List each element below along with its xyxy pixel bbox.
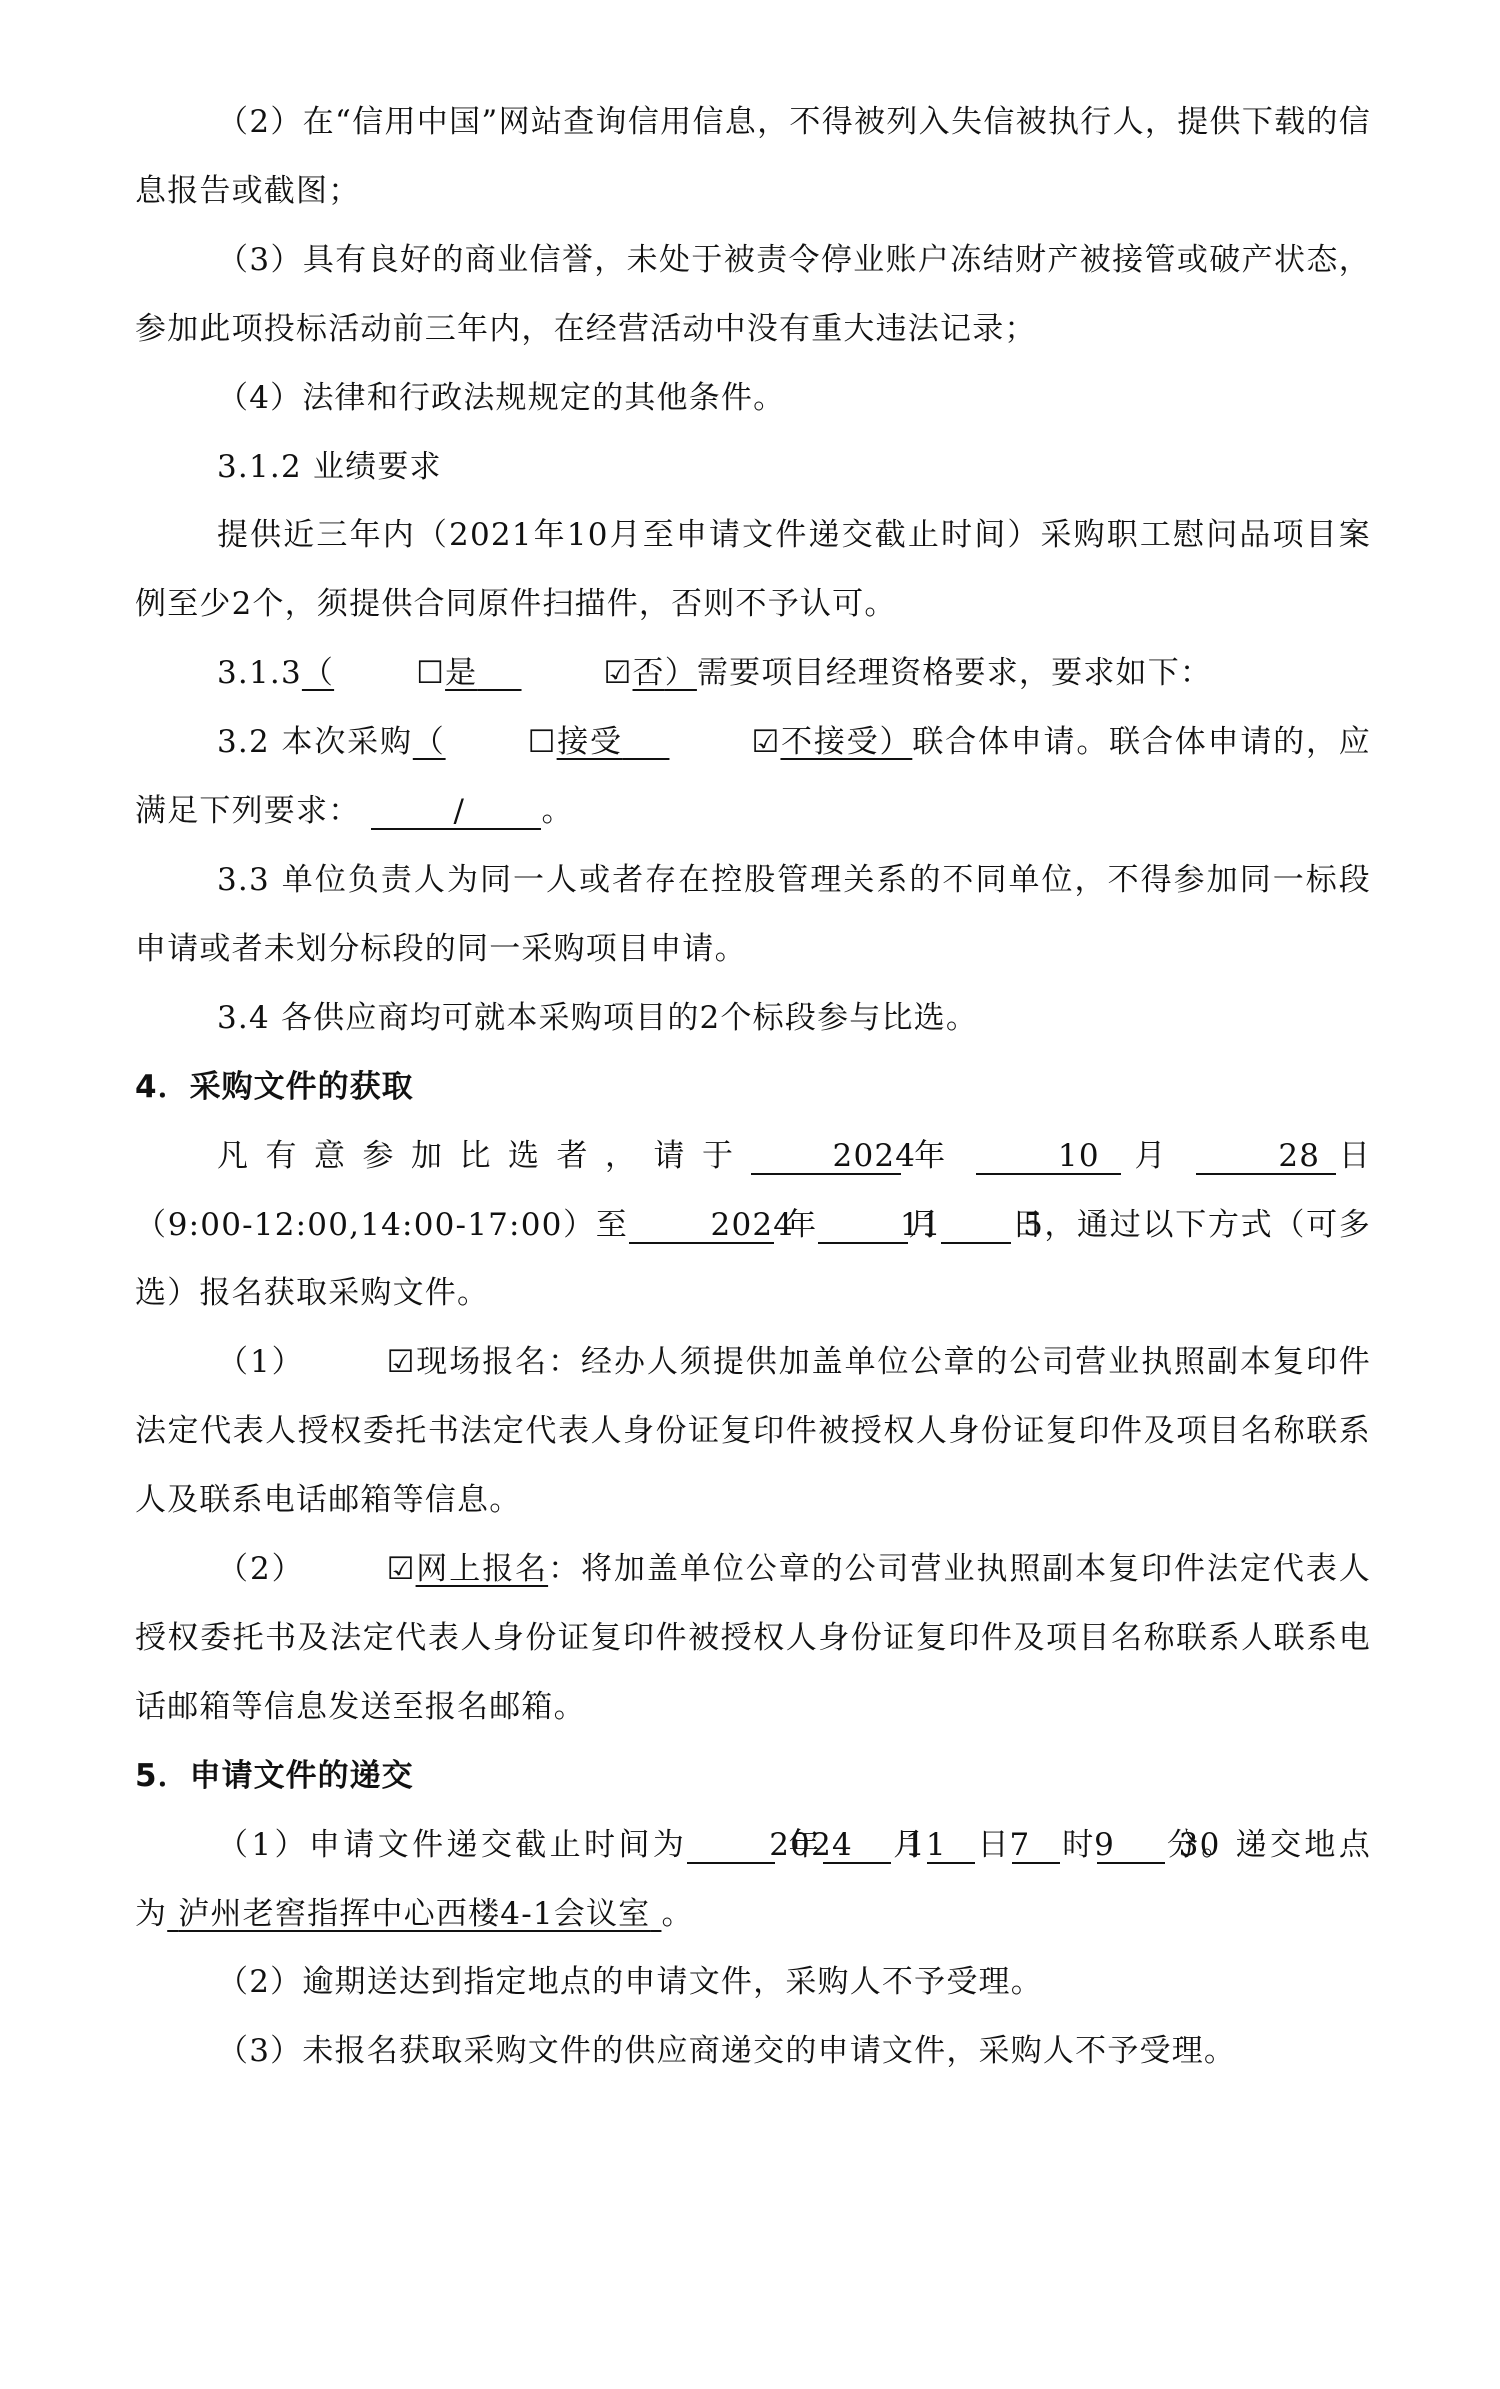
checkbox-unchecked-icon[interactable]: ☐	[334, 639, 445, 708]
unit-month: 月	[891, 1827, 928, 1863]
checkbox-checked-icon[interactable]: ☑	[522, 639, 633, 708]
performance-heading: 3.1.2 业绩要求	[135, 433, 1371, 502]
unit-month: 月	[908, 1207, 941, 1243]
checkbox-checked-bold-icon[interactable]: ☑	[305, 1535, 416, 1604]
deadline-prefix: 申请文件递交截止时间为	[309, 1827, 687, 1863]
online-registration: （2）☑网上报名：将加盖单位公章的公司营业执照副本复印件法定代表人授权委托书及法…	[135, 1535, 1371, 1742]
submission-location: 泸州老窖指挥中心西楼4-1会议室	[167, 1896, 661, 1932]
item-text: 具有良好的商业信誉，未处于被责令停业账户冻结财产被接管或破产状态，参加此项投标活…	[135, 242, 1371, 347]
item-text: 在“信用中国”网站查询信用信息，不得被列入失信被执行人，提供下载的信息报告或截图…	[135, 104, 1371, 209]
unit-year: 年	[788, 1827, 822, 1863]
option-no: 否	[633, 655, 665, 691]
option-accept: 接受	[557, 724, 623, 760]
section-number: 3.1.3	[217, 655, 302, 691]
deadline-minute: 30	[1097, 1828, 1165, 1864]
section-4-heading: 4．采购文件的获取	[135, 1053, 1371, 1122]
item-label: （3）	[217, 242, 303, 278]
checkbox-unchecked-icon[interactable]: ☐	[446, 708, 557, 777]
late-submission-rule: （2）逾期送达到指定地点的申请文件，采购人不予受理。	[135, 1948, 1371, 2017]
submission-deadline: （1）申请文件递交截止时间为2024 年11月7日9时30分。递交地点为 泸州老…	[135, 1811, 1371, 1949]
unit-year: 年	[914, 1138, 949, 1174]
consortium-prefix: 3.2 本次采购	[217, 724, 413, 760]
paren: ）	[665, 655, 697, 691]
section-3-4: 3.4 各供应商均可就本采购项目的2个标段参与比选。	[135, 984, 1371, 1053]
end-year: 2024	[629, 1208, 774, 1244]
end-day: 5	[941, 1208, 1011, 1244]
consortium-line: 3.2 本次采购（☐接受 ☑不接受）联合体申请。联合体申请的，应满足下列要求： …	[135, 708, 1371, 846]
start-day: 28	[1196, 1139, 1336, 1175]
qualification-item-2: （2）在“信用中国”网站查询信用信息，不得被列入失信被执行人，提供下载的信息报告…	[135, 88, 1371, 226]
start-year: 2024	[751, 1139, 901, 1175]
consortium-options: （☐接受 ☑不接受）	[413, 724, 913, 760]
online-title: 网上报名	[416, 1551, 549, 1587]
unit-hour: 时	[1060, 1827, 1097, 1863]
option-reject: 不接受	[780, 724, 879, 760]
consortium-requirement-blank: /	[371, 794, 541, 830]
unregistered-submission-rule: （3）未报名获取采购文件的供应商递交的申请文件，采购人不予受理。	[135, 2017, 1371, 2086]
performance-body: 提供近三年内（2021年10月至申请文件递交截止时间）采购职工慰问品项目案例至少…	[135, 501, 1371, 639]
punct: 。	[661, 1896, 693, 1932]
checkbox-checked-icon[interactable]: ☑	[305, 1328, 416, 1397]
item-label: （4）	[217, 380, 302, 416]
paren: （	[302, 655, 334, 691]
location-text: 泸州老窖指挥中心西楼4-1会议室	[178, 1896, 650, 1932]
deadline-year: 2024	[687, 1828, 775, 1864]
unit-year: 年	[785, 1207, 818, 1243]
punct: 。	[541, 793, 573, 829]
paren: ）	[880, 724, 913, 760]
acquisition-period: 凡有意参加比选者，请于2024 年 10 月 28日（9:00-12:00,14…	[135, 1122, 1371, 1329]
onsite-registration: （1）☑现场报名：经办人须提供加盖单位公章的公司营业执照副本复印件法定代表人授权…	[135, 1328, 1371, 1535]
item-text: 法律和行政法规规定的其他条件。	[302, 380, 785, 416]
item-label: （1）	[217, 1827, 309, 1863]
option-yes: 是	[445, 655, 477, 691]
unit-month: 月	[1134, 1138, 1169, 1174]
qualification-item-4: （4）法律和行政法规规定的其他条件。	[135, 364, 1371, 433]
deadline-hour: 9	[1012, 1828, 1060, 1864]
intro-prefix: 凡有意参加比选者，请于	[217, 1138, 751, 1174]
pm-qualification-options: （☐是 ☑否）	[302, 655, 697, 691]
item-label: （2）	[217, 104, 303, 140]
section-5-heading: 5．申请文件的递交	[135, 1742, 1371, 1811]
section-3-3: 3.3 单位负责人为同一人或者存在控股管理关系的不同单位，不得参加同一标段申请或…	[135, 846, 1371, 984]
document-page: （2）在“信用中国”网站查询信用信息，不得被列入失信被执行人，提供下载的信息报告…	[135, 88, 1371, 2086]
qualification-item-3: （3）具有良好的商业信誉，未处于被责令停业账户冻结财产被接管或破产状态，参加此项…	[135, 226, 1371, 364]
hours: （9:00-12:00,14:00-17:00）至	[135, 1207, 629, 1243]
item-label: （2）	[217, 1551, 305, 1587]
unit-day: 日	[1336, 1138, 1371, 1174]
onsite-title: 现场报名	[416, 1344, 549, 1380]
unit-day: 日	[975, 1827, 1012, 1863]
deadline-day: 7	[927, 1828, 975, 1864]
start-month: 10	[976, 1139, 1121, 1175]
deadline-month: 11	[823, 1828, 891, 1864]
paren: （	[413, 724, 446, 760]
item-label: （1）	[217, 1344, 305, 1380]
end-month: 11	[818, 1208, 908, 1244]
pm-qualification-text: 需要项目经理资格要求，要求如下：	[697, 655, 1212, 691]
pm-qualification-line: 3.1.3（☐是 ☑否）需要项目经理资格要求，要求如下：	[135, 639, 1371, 708]
checkbox-checked-icon[interactable]: ☑	[669, 708, 780, 777]
